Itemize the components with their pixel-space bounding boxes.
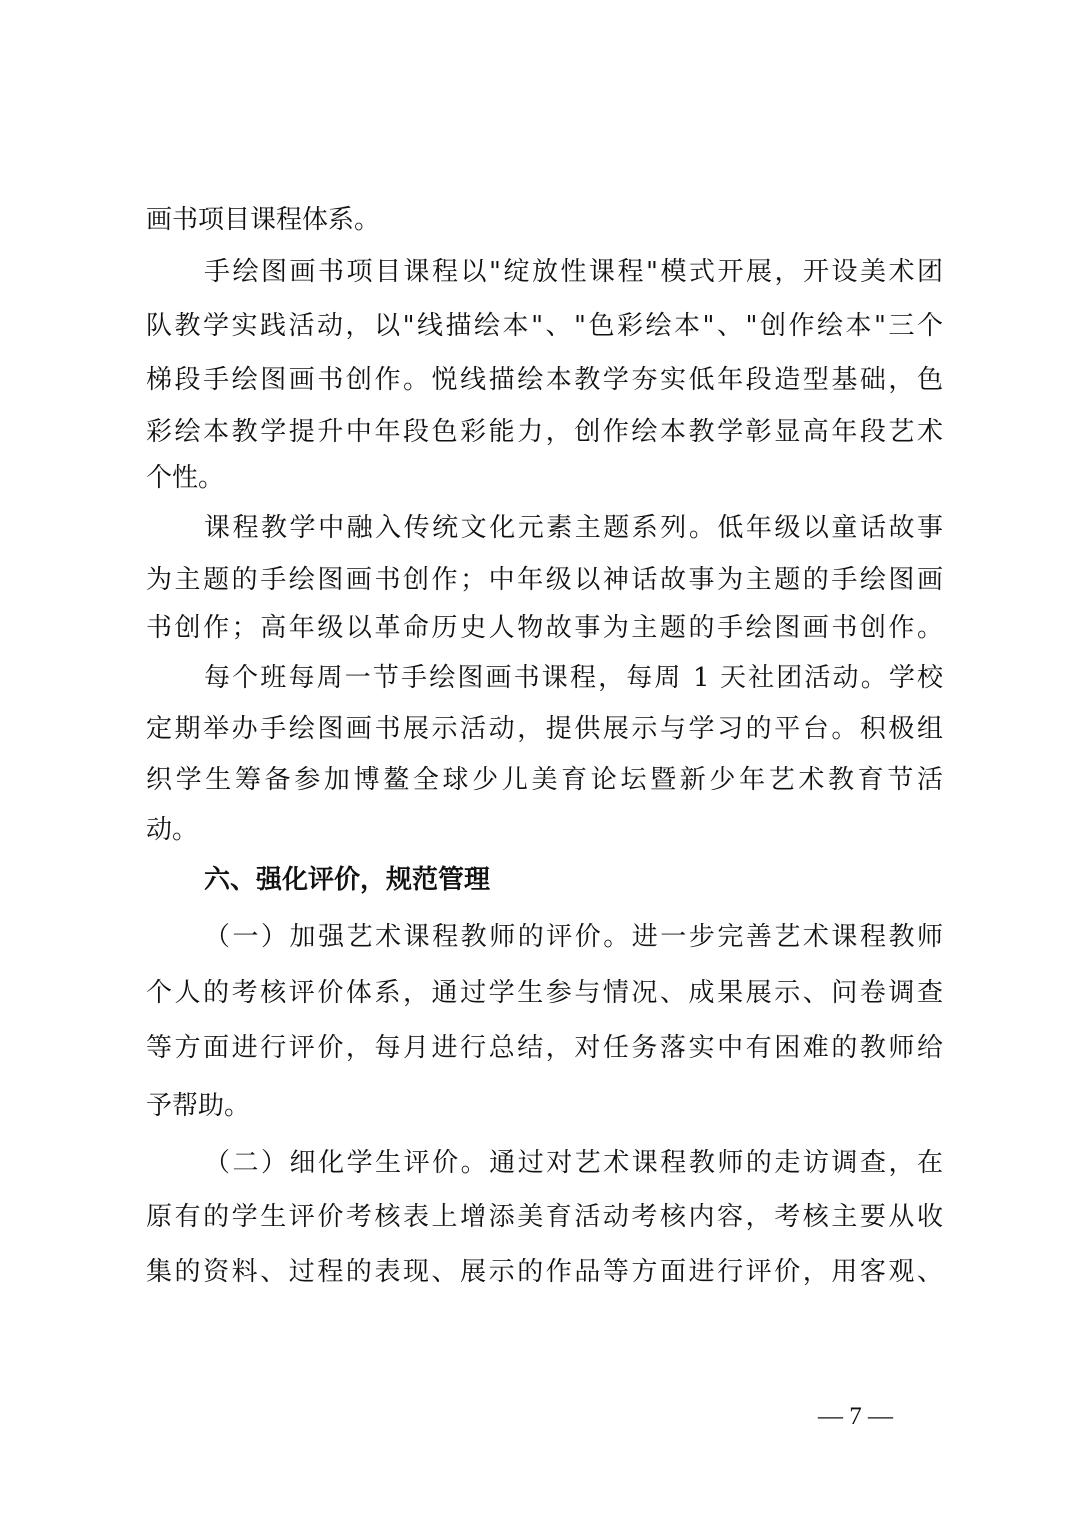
paragraph-line: 队教学实践活动，以"线描绘本"、"色彩绘本"、"创作绘本"三个 <box>146 310 943 342</box>
section-heading: 六、强化评价，规范管理 <box>204 864 943 896</box>
paragraph-line: 每个班每周一节手绘图画书课程，每周 1 天社团活动。学校 <box>204 662 943 694</box>
paragraph-line: 动。 <box>146 814 198 846</box>
paragraph-line: 彩绘本教学提升中年段色彩能力，创作绘本教学彰显高年段艺术 <box>146 416 943 448</box>
page-number: — 7 — <box>818 1402 893 1432</box>
paragraph-line: 集的资料、过程的表现、展示的作品等方面进行评价，用客观、 <box>146 1256 943 1288</box>
paragraph-line: 书创作；高年级以革命历史人物故事为主题的手绘图画书创作。 <box>146 612 943 644</box>
paragraph-line: 课程教学中融入传统文化元素主题系列。低年级以童话故事 <box>204 512 943 544</box>
paragraph-line: 为主题的手绘图画书创作；中年级以神话故事为主题的手绘图画 <box>146 564 943 596</box>
paragraph-line: （一）加强艺术课程教师的评价。进一步完善艺术课程教师 <box>204 921 943 953</box>
paragraph-line: 手绘图画书项目课程以"绽放性课程"模式开展，开设美术团 <box>204 256 943 288</box>
paragraph-line: 予帮助。 <box>146 1090 250 1122</box>
paragraph-line: 个人的考核评价体系，通过学生参与情况、成果展示、问卷调查 <box>146 977 943 1009</box>
paragraph-line: 织学生筹备参加博鳌全球少儿美育论坛暨新少年艺术教育节活 <box>146 764 943 796</box>
paragraph-line: 画书项目课程体系。 <box>146 204 380 236</box>
document-page: 画书项目课程体系。 手绘图画书项目课程以"绽放性课程"模式开展，开设美术团 队教… <box>0 0 1080 1527</box>
paragraph-line: 定期举办手绘图画书展示活动，提供展示与学习的平台。积极组 <box>146 713 943 745</box>
paragraph-line: 个性。 <box>146 462 224 494</box>
paragraph-line: 原有的学生评价考核表上增添美育活动考核内容，考核主要从收 <box>146 1201 943 1233</box>
paragraph-line: （二）细化学生评价。通过对艺术课程教师的走访调查，在 <box>204 1147 943 1179</box>
paragraph-line: 梯段手绘图画书创作。悦线描绘本教学夯实低年段造型基础，色 <box>146 364 943 396</box>
paragraph-line: 等方面进行评价，每月进行总结，对任务落实中有困难的教师给 <box>146 1032 943 1064</box>
